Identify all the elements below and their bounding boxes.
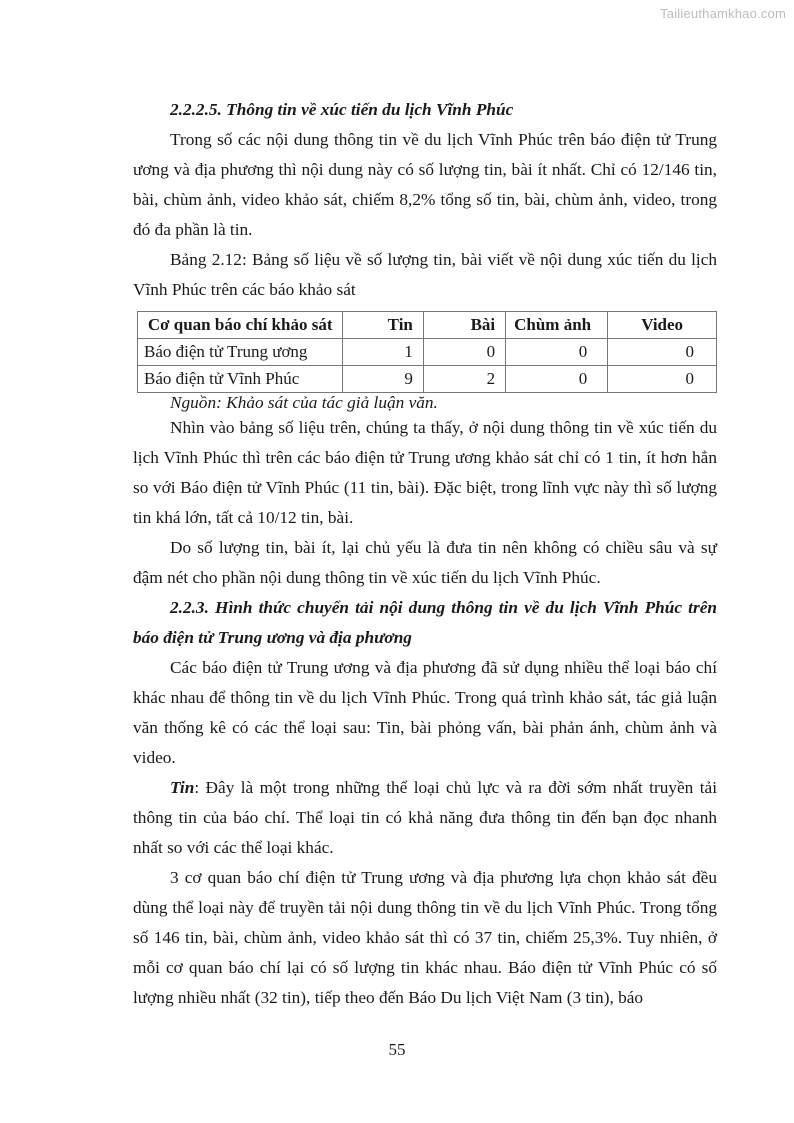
- paragraph: 3 cơ quan báo chí điện tử Trung ương và …: [133, 863, 717, 1013]
- paragraph: Trong số các nội dung thông tin về du lị…: [133, 125, 717, 245]
- watermark: Tailieuthamkhao.com: [660, 6, 786, 21]
- section-heading-223: 2.2.3. Hình thức chuyển tải nội dung thô…: [133, 593, 717, 653]
- table-cell: 0: [506, 339, 608, 366]
- table-cell: 0: [506, 366, 608, 393]
- paragraph-tin: Tin: Đây là một trong những thể loại chủ…: [133, 773, 717, 863]
- column-header: Tin: [343, 312, 424, 339]
- section-heading-2225: 2.2.2.5. Thông tin về xúc tiến du lịch V…: [133, 95, 717, 125]
- paragraph: Do số lượng tin, bài ít, lại chủ yếu là …: [133, 533, 717, 593]
- column-header: Chùm ảnh: [506, 312, 608, 339]
- table-cell: Báo điện tử Trung ương: [138, 339, 343, 366]
- table-row: Báo điện tử Vĩnh Phúc 9 2 0 0: [138, 366, 717, 393]
- table-caption: Bảng 2.12: Bảng số liệu về số lượng tin,…: [133, 245, 717, 305]
- table-cell: Báo điện tử Vĩnh Phúc: [138, 366, 343, 393]
- table-header-row: Cơ quan báo chí khảo sát Tin Bài Chùm ản…: [138, 312, 717, 339]
- term-text: : Đây là một trong những thể loại chủ lự…: [133, 778, 717, 857]
- column-header: Video: [608, 312, 717, 339]
- table-cell: 0: [608, 339, 717, 366]
- table-cell: 0: [423, 339, 505, 366]
- data-table: Cơ quan báo chí khảo sát Tin Bài Chùm ản…: [137, 311, 717, 393]
- table-cell: 2: [423, 366, 505, 393]
- page-number: 55: [0, 1040, 794, 1060]
- column-header: Cơ quan báo chí khảo sát: [138, 312, 343, 339]
- column-header: Bài: [423, 312, 505, 339]
- table-cell: 1: [343, 339, 424, 366]
- term-lead: Tin: [170, 778, 194, 797]
- table-cell: 0: [608, 366, 717, 393]
- paragraph: Nhìn vào bảng số liệu trên, chúng ta thấ…: [133, 413, 717, 533]
- table-source-note: Nguồn: Khảo sát của tác giả luận văn.: [133, 393, 717, 413]
- paragraph: Các báo điện tử Trung ương và địa phương…: [133, 653, 717, 773]
- table-row: Báo điện tử Trung ương 1 0 0 0: [138, 339, 717, 366]
- document-page: 2.2.2.5. Thông tin về xúc tiến du lịch V…: [133, 95, 717, 1013]
- table-cell: 9: [343, 366, 424, 393]
